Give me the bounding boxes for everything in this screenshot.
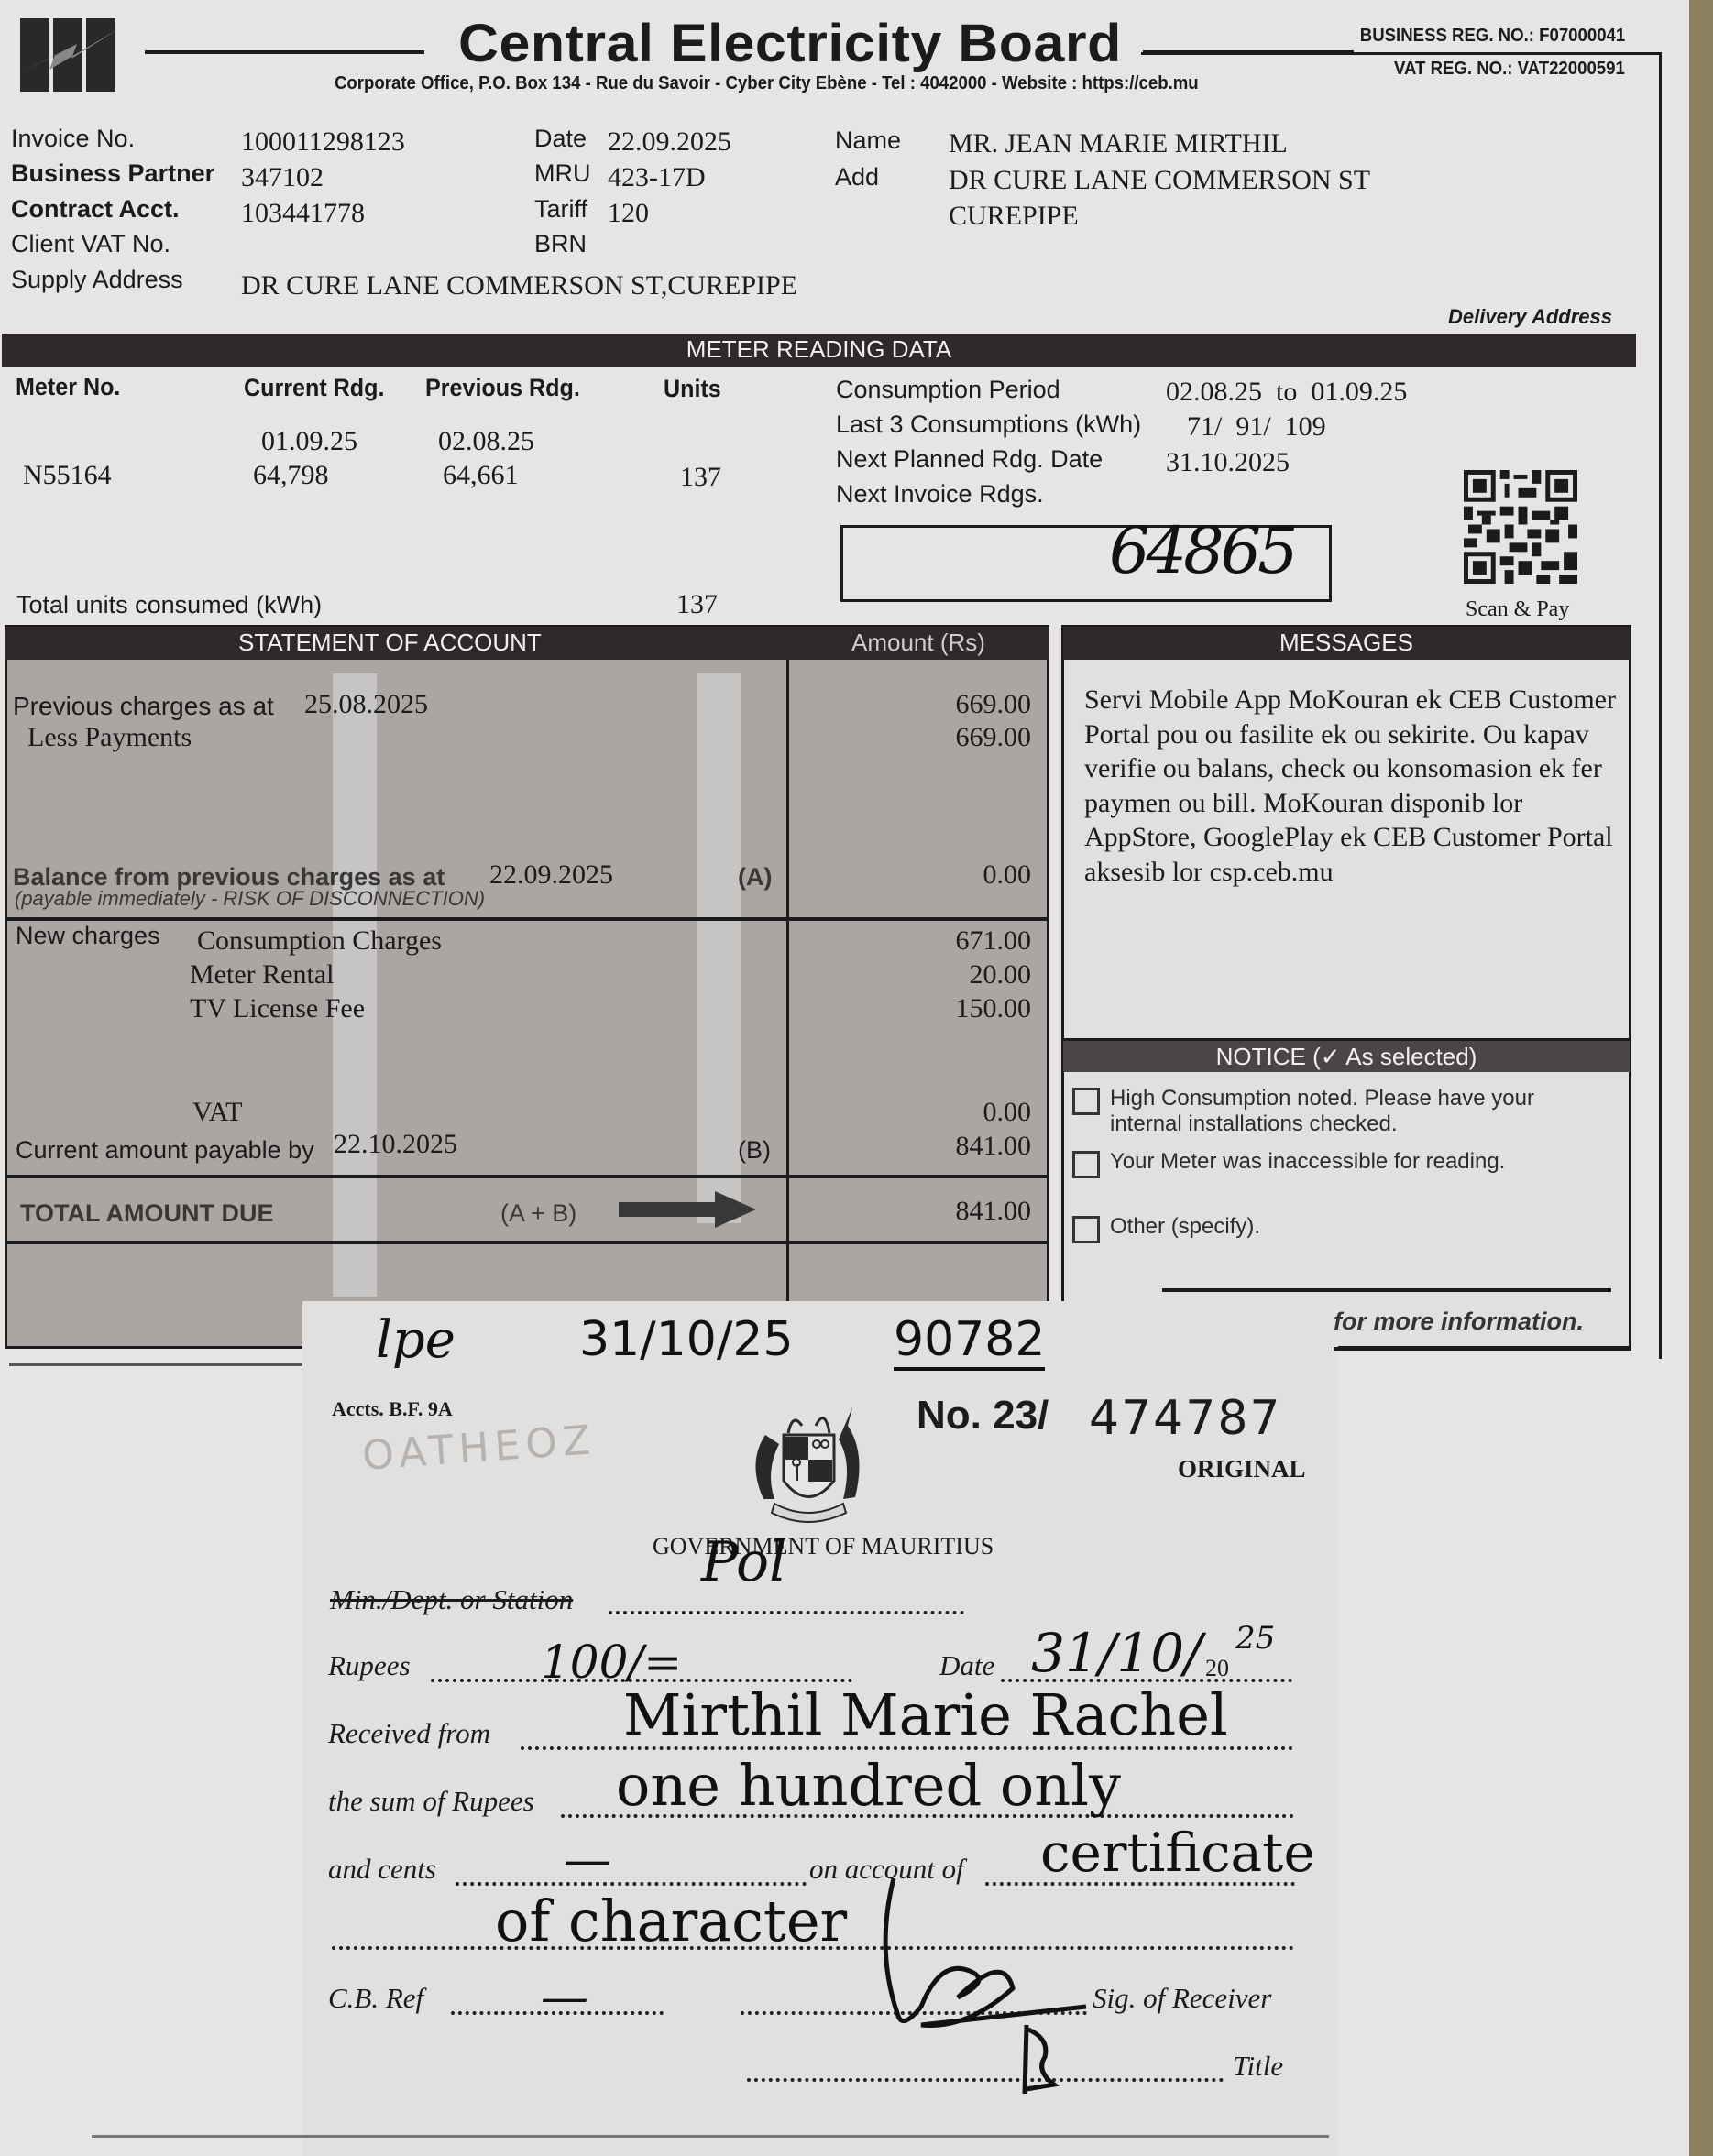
cb-ref-value: — — [541, 1970, 588, 2025]
business-partner-value: 347102 — [241, 162, 324, 193]
sum-label: the sum of Rupees — [328, 1785, 534, 1818]
charge-item-label: TV License Fee — [190, 993, 365, 1024]
receipt-copy-label: ORIGINAL — [1178, 1455, 1306, 1483]
total-due-label: TOTAL AMOUNT DUE — [20, 1199, 274, 1228]
cents-label: and cents — [328, 1853, 436, 1886]
balance-marker: (A) — [738, 863, 772, 892]
current-payable-label: Current amount payable by — [16, 1136, 314, 1165]
handwritten-stamp-number: 90782 — [894, 1312, 1045, 1371]
receipt-number: 474787 — [1089, 1391, 1282, 1446]
mauritius-coat-of-arms-icon — [738, 1398, 880, 1527]
vat-amount: 0.00 — [811, 1097, 1031, 1128]
received-from-label: Received from — [328, 1717, 490, 1750]
meter-reading-header: METER READING DATA — [2, 334, 1636, 367]
units-header: Units — [664, 375, 721, 403]
charge-item-label: Meter Rental — [190, 959, 334, 990]
on-account-value-continued: of character — [495, 1888, 847, 1954]
current-payable-amount: 841.00 — [811, 1131, 1031, 1162]
dept-label-text: Min./Dept. or Station — [330, 1583, 573, 1615]
last3-value: 71/ 91/ 109 — [1187, 411, 1326, 443]
tariff-value: 120 — [608, 198, 649, 229]
year-prefix: 20 — [1205, 1655, 1229, 1682]
less-payments-amount: 669.00 — [811, 722, 1031, 753]
notice-checkbox-meter-inaccessible[interactable] — [1072, 1151, 1100, 1178]
arrow-right-icon — [619, 1191, 756, 1228]
consumption-period-value: 02.08.25 to 01.09.25 — [1166, 377, 1407, 408]
charge-item-label: Consumption Charges — [197, 925, 442, 957]
receipt-number-label: No. 23/ — [917, 1393, 1049, 1439]
dept-value: Pol — [701, 1530, 786, 1594]
supply-address-label: Supply Address — [11, 266, 183, 294]
previous-rdg-value: 64,661 — [443, 460, 519, 491]
messages-title: MESSAGES — [1279, 629, 1413, 656]
cents-field[interactable] — [456, 1882, 807, 1886]
meter-no-header: Meter No. — [16, 373, 120, 401]
dept-field[interactable] — [609, 1611, 964, 1614]
current-rdg-date: 01.09.25 — [261, 426, 357, 457]
cents-value: — — [564, 1833, 611, 1888]
previous-rdg-date: 02.08.25 — [438, 426, 534, 457]
units-value: 137 — [680, 462, 721, 493]
bottom-rule — [92, 2135, 1329, 2138]
cb-ref-label: C.B. Ref — [328, 1982, 423, 2015]
paper-sheet: Central Electricity Board Corporate Offi… — [0, 0, 1689, 2156]
brn-label: BRN — [534, 230, 587, 258]
balance-note: (payable immediately - RISK OF DISCONNEC… — [15, 887, 485, 911]
next-planned-value: 31.10.2025 — [1166, 447, 1290, 478]
contract-acct-value: 103441778 — [241, 198, 365, 229]
customer-address-line2: CUREPIPE — [949, 201, 1079, 232]
notice-bottom-rule — [1334, 1347, 1631, 1351]
supply-address-value: DR CURE LANE COMMERSON ST,CUREPIPE — [241, 270, 797, 301]
meter-reading-title: METER READING DATA — [686, 335, 951, 363]
date-field-label: Date — [939, 1649, 994, 1682]
qr-code-icon[interactable] — [1464, 470, 1577, 584]
name-label: Name — [835, 126, 901, 155]
amount-column-divider — [786, 660, 789, 1301]
sum-value: one hundred only — [616, 1752, 1121, 1819]
date-value: 22.09.2025 — [608, 126, 731, 158]
vat-reg-no: VAT REG. NO.: VAT22000591 — [1394, 59, 1625, 80]
charge-item-amount: 150.00 — [811, 993, 1031, 1024]
notice-option-label: Other (specify). — [1110, 1214, 1260, 1240]
title-rule-left — [145, 50, 424, 54]
received-from-value: Mirthil Marie Rachel — [623, 1681, 1228, 1748]
title-field[interactable] — [747, 2078, 1224, 2082]
statement-divider-2 — [5, 1175, 1049, 1178]
last3-label: Last 3 Consumptions (kWh) — [836, 410, 1141, 439]
statement-divider-1 — [5, 917, 1049, 921]
total-units-value: 137 — [676, 589, 718, 620]
current-rdg-value: 64,798 — [253, 460, 329, 491]
notice-header: NOTICE (✓ As selected) — [1063, 1041, 1630, 1072]
previous-charges-amount: 669.00 — [811, 689, 1031, 720]
company-title: Central Electricity Board — [458, 13, 1122, 74]
statement-divider-3 — [5, 1241, 1049, 1244]
notice-title: NOTICE (✓ As selected) — [1216, 1043, 1477, 1070]
vat-label: VAT — [192, 1097, 242, 1128]
previous-charges-date: 25.08.2025 — [304, 689, 428, 720]
date-field-value: 31/10/ — [1031, 1622, 1202, 1684]
statement-bottom-rule — [9, 1363, 302, 1366]
previous-rdg-header: Previous Rdg. — [425, 374, 580, 402]
business-partner-label: Business Partner — [11, 159, 214, 188]
invoice-no-value: 100011298123 — [241, 126, 405, 158]
ceb-lightning-logo-icon — [13, 15, 123, 93]
frame-top-border — [1141, 52, 1662, 55]
notice-checkbox-other[interactable] — [1072, 1216, 1100, 1243]
dept-label: Min./Dept. or Station — [330, 1583, 573, 1616]
company-address-line: Corporate Office, P.O. Box 134 - Rue du … — [335, 73, 1199, 94]
delivery-address-label: Delivery Address — [1448, 305, 1612, 329]
photo-glare — [333, 673, 377, 1297]
total-units-label: Total units consumed (kWh) — [16, 591, 322, 619]
date-label: Date — [534, 125, 587, 153]
tariff-label: Tariff — [534, 195, 587, 224]
customer-address-line1: DR CURE LANE COMMERSON ST — [949, 165, 1370, 196]
messages-text: Servi Mobile App MoKouran ek CEB Custome… — [1084, 683, 1625, 889]
previous-charges-label: Previous charges as at — [13, 692, 274, 721]
next-invoice-handwritten: 64865 — [1109, 513, 1295, 588]
scan-pay-label: Scan & Pay — [1466, 597, 1569, 622]
handwritten-stamp-date: 31/10/25 — [579, 1312, 794, 1367]
frame-right-border — [1659, 53, 1662, 1359]
new-charges-label: New charges — [16, 922, 160, 950]
statement-title: STATEMENT OF ACCOUNT — [238, 627, 542, 658]
contract-acct-label: Contract Acct. — [11, 195, 180, 224]
more-info-text: for more information. — [1334, 1308, 1584, 1336]
title-label: Title — [1233, 2050, 1283, 2083]
current-payable-date: 22.10.2025 — [334, 1129, 457, 1160]
notice-checkbox-high-consumption[interactable] — [1072, 1088, 1100, 1115]
less-payments-label: Less Payments — [27, 722, 192, 753]
meter-no-value: N55164 — [23, 460, 112, 491]
rupees-label: Rupees — [328, 1649, 411, 1682]
consumption-period-label: Consumption Period — [836, 376, 1060, 404]
customer-name: MR. JEAN MARIE MIRTHIL — [949, 128, 1288, 159]
charge-item-amount: 671.00 — [811, 925, 1031, 957]
notice-specify-line — [1162, 1288, 1611, 1292]
messages-header: MESSAGES — [1063, 627, 1630, 660]
total-marker: (A + B) — [500, 1199, 576, 1228]
invoice-no-label: Invoice No. — [11, 125, 135, 153]
year-value: 25 — [1235, 1620, 1275, 1657]
signature-label: Sig. of Receiver — [1093, 1982, 1271, 2015]
receipt-form-code: Accts. B.F. 9A — [332, 1397, 453, 1421]
mru-value: 423-17D — [608, 162, 706, 193]
title-handwritten-mark — [1017, 2020, 1063, 2103]
next-planned-label: Next Planned Rdg. Date — [836, 445, 1103, 474]
business-reg-no: BUSINESS REG. NO.: F07000041 — [1360, 26, 1625, 47]
total-due-amount: 841.00 — [811, 1196, 1031, 1227]
balance-amount: 0.00 — [811, 859, 1031, 891]
charge-item-amount: 20.00 — [811, 959, 1031, 990]
current-rdg-header: Current Rdg. — [244, 374, 384, 402]
photo-glare — [697, 673, 741, 1223]
notice-option-label: High Consumption noted. Please have your… — [1110, 1086, 1605, 1137]
balance-date: 22.09.2025 — [489, 859, 613, 891]
current-marker: (B) — [738, 1136, 771, 1165]
client-vat-label: Client VAT No. — [11, 230, 170, 258]
handwritten-initials: lpe — [376, 1310, 456, 1370]
next-invoice-label: Next Invoice Rdgs. — [836, 480, 1044, 509]
notice-option-label: Your Meter was inaccessible for reading. — [1110, 1149, 1505, 1175]
mru-label: MRU — [534, 159, 591, 188]
statement-header: STATEMENT OF ACCOUNT Amount (Rs) — [5, 627, 1049, 660]
add-label: Add — [835, 163, 879, 192]
amount-header: Amount (Rs) — [851, 627, 985, 658]
